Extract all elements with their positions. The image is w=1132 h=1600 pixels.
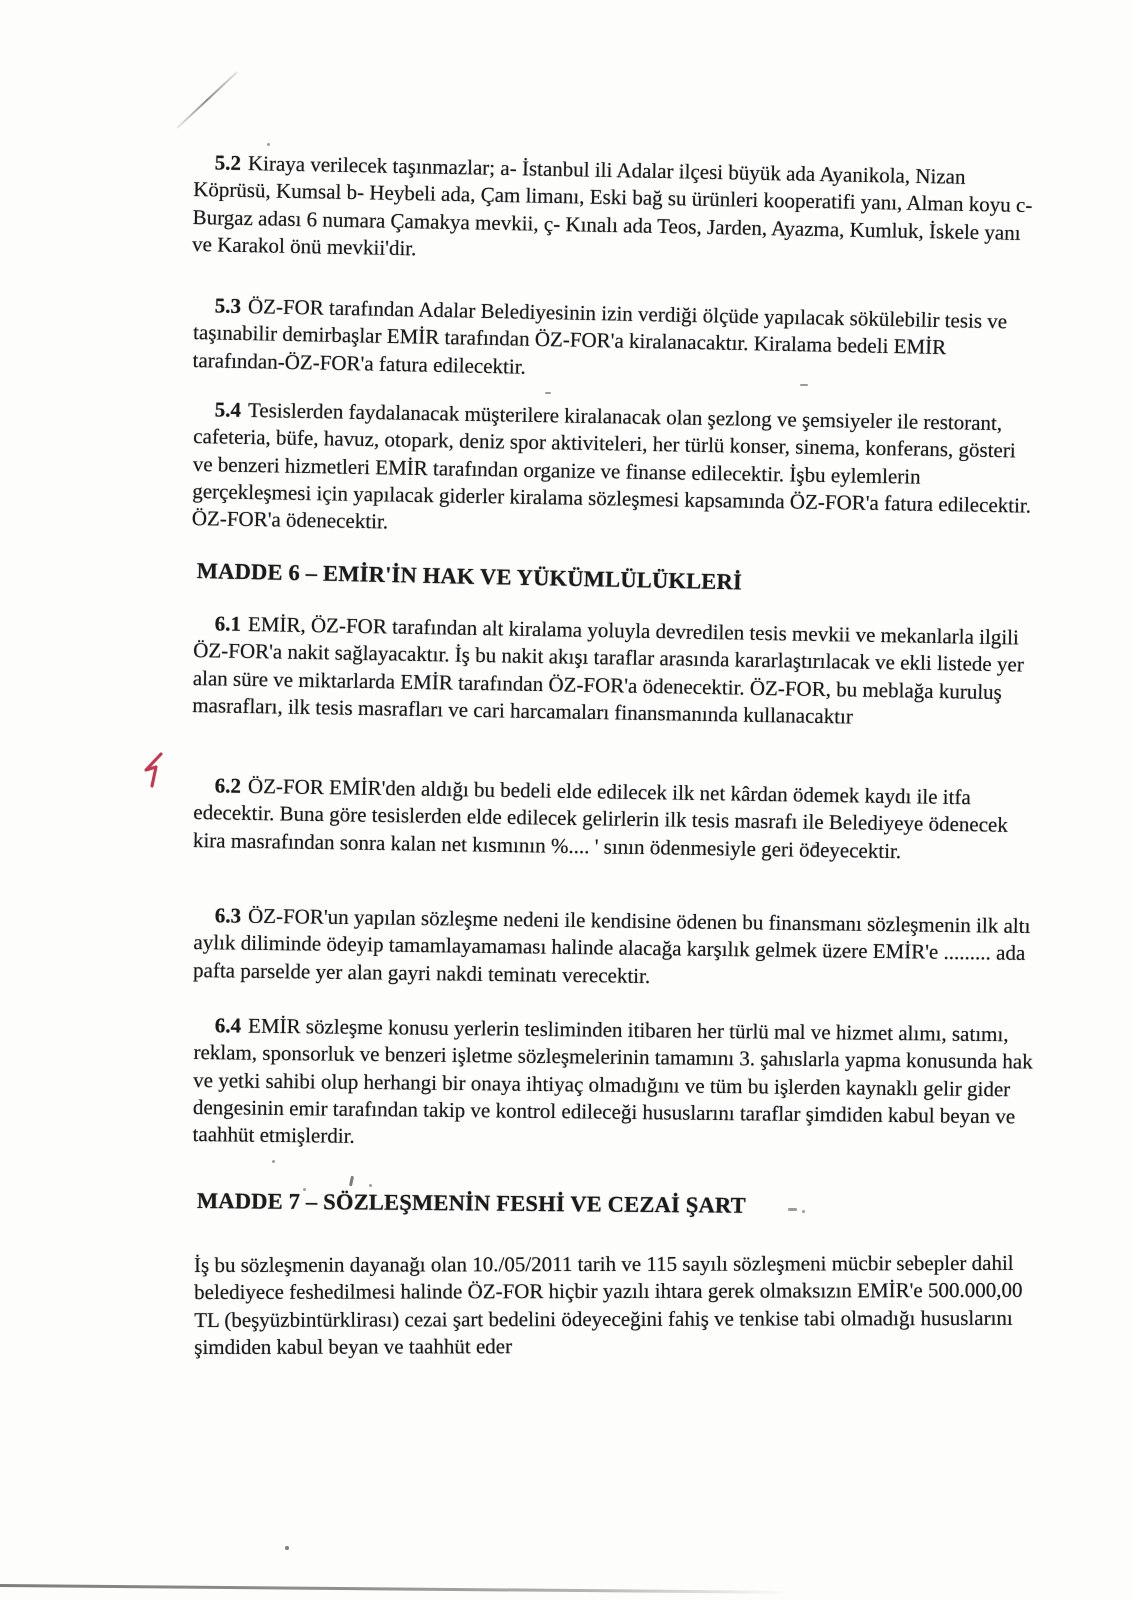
scan-speck (267, 143, 270, 146)
clause-text: EMİR sözleşme konusu yerlerin tesliminde… (192, 1014, 1032, 1148)
clause-6-3: 6.3ÖZ-FOR'un yapılan sözleşme nedeni ile… (193, 902, 1034, 995)
clause-text: Tesislerden faydalanacak müşterilere kir… (192, 398, 1032, 534)
scan-speck (369, 1184, 372, 1187)
clause-text: ÖZ-FOR'un yapılan sözleşme nedeni ile ke… (193, 904, 1031, 988)
red-pen-flag-mark (142, 750, 170, 792)
clause-text: ÖZ-FOR EMİR'den aldığı bu bedeli elde ed… (193, 774, 1008, 863)
scan-speck (802, 1210, 805, 1213)
clause-6-4: 6.4EMİR sözleşme konusu yerlerin teslimi… (192, 1012, 1033, 1158)
clause-number: 5.3 (214, 293, 248, 318)
clause-number: 6.2 (215, 773, 249, 798)
clause-text: İş bu sözleşmenin dayanağı olan 10./05/2… (194, 1251, 1023, 1359)
clause-6-2: 6.2ÖZ-FOR EMİR'den aldığı bu bedeli elde… (193, 772, 1034, 867)
scan-speck (285, 1546, 289, 1550)
scan-speck (788, 1208, 797, 1211)
clause-5-4: 5.4Tesislerden faydalanacak müşterilere … (192, 396, 1034, 547)
scan-scratch-line (176, 71, 237, 128)
scanned-contract-page: 5.2Kiraya verilecek taşınmazlar; a- İsta… (0, 0, 1132, 1600)
clause-number: 6.3 (215, 903, 249, 927)
clause-6-1: 6.1EMİR, ÖZ-FOR tarafından alt kiralama … (192, 610, 1034, 734)
clause-number: 5.4 (215, 397, 249, 422)
clause-5-3: 5.3ÖZ-FOR tarafından Adalar Belediyesini… (192, 292, 1033, 391)
scan-speck (545, 392, 551, 394)
clause-5-2: 5.2Kiraya verilecek taşınmazlar; a- İsta… (192, 149, 1034, 274)
clause-number: 6.4 (215, 1013, 249, 1037)
scan-speck (272, 1160, 275, 1163)
heading-madde-6: MADDE 6 – EMİR'İN HAK VE YÜKÜMLÜLÜKLERİ (196, 558, 742, 595)
clause-number: 5.2 (215, 150, 249, 175)
clause-text: Kiraya verilecek taşınmazlar; a- İstanbu… (192, 151, 1033, 260)
page-edge-scan-line (0, 1584, 790, 1593)
clause-text: EMİR, ÖZ-FOR tarafından alt kiralama yol… (192, 612, 1024, 728)
clause-text: ÖZ-FOR tarafından Adalar Belediyesinin i… (192, 294, 1007, 378)
clause-madde-7-body: İş bu sözleşmenin dayanağı olan 10./05/2… (194, 1250, 1034, 1361)
scan-speck (349, 1176, 354, 1186)
clause-number: 6.1 (215, 611, 249, 636)
heading-madde-7: MADDE 7 – SÖZLEŞMENİN FESHİ VE CEZAİ ŞAR… (197, 1188, 746, 1219)
